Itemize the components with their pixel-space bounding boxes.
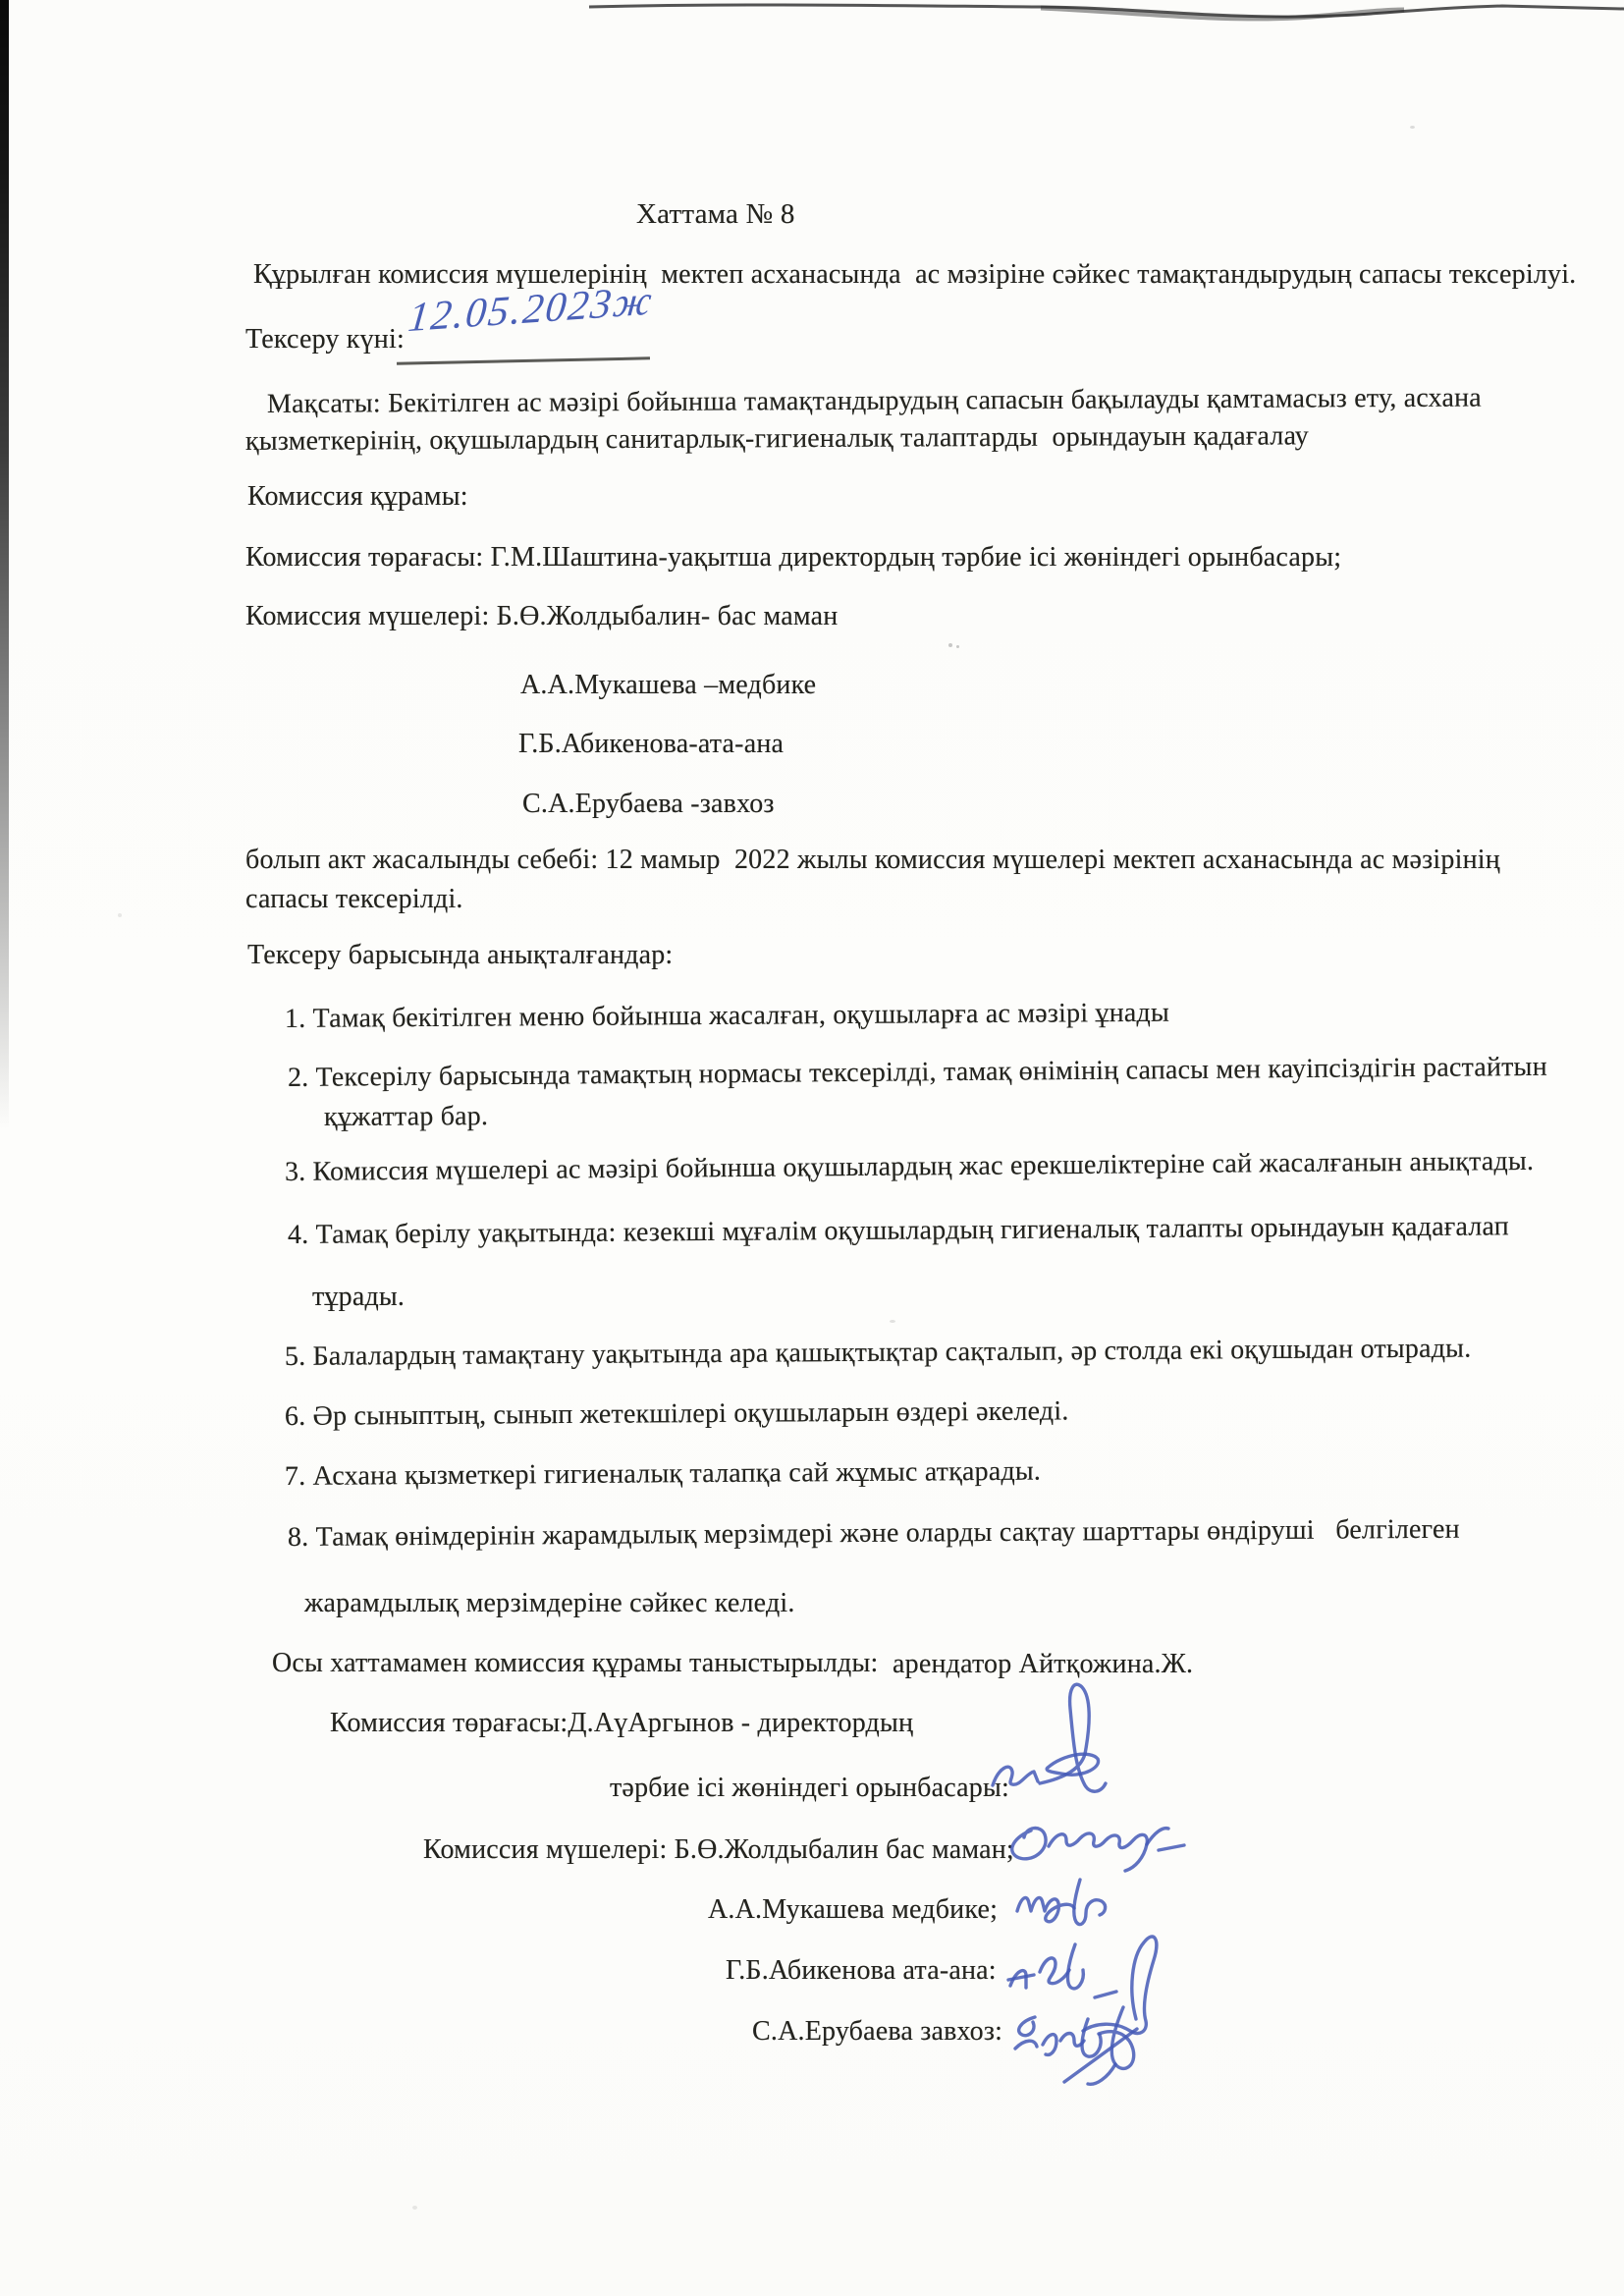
finding-5: 5. Балалардың тамақтану уақытында ара қа… [285,1334,1472,1373]
commission-heading: Комиссия құрамы: [247,481,468,513]
document-title: Хаттама № 8 [636,198,795,231]
scan-edge-top [0,0,1624,33]
purpose-line-1: Мақсаты: Бекітілген ас мәзірі бойынша та… [267,383,1482,420]
signature-stroke [1019,2017,1035,2036]
signature-stroke [1008,1975,1034,1980]
signing-member-zholdybalin: Комиссия мүшелері: Б.Ө.Жолдыбалин бас ма… [423,1834,1014,1866]
signature-stroke [1040,1958,1069,1984]
act-reason-line-1: болып акт жасалынды себебі: 12 мамыр 202… [245,845,1500,876]
signature-stroke [1082,2019,1101,2056]
signing-chairman-line-2: тәрбие ісі жөніндегі орынбасары: [610,1773,1009,1804]
signature-stroke [1068,1944,1084,1989]
scan-edge-left [0,0,9,1129]
scanned-document-page: Хаттама № 8Құрылған комиссия мүшелерінің… [0,0,1624,2296]
finding-2-line-1: 2. Тексерілу барысында тамақтың нормасы … [288,1052,1547,1094]
scan-speck [1410,126,1415,129]
finding-8-line-1: 8. Тамақ өнімдерінін жарамдылық мерзімде… [288,1514,1460,1554]
act-reason-line-2: сапасы тексерілді. [245,884,463,915]
finding-4-line-1: 4. Тамақ берілу уақытында: кезекші мұғал… [288,1211,1509,1251]
signature-stroke [1012,1829,1046,1859]
members-line: Комиссия мүшелері: Б.Ө.Жолдыбалин- бас м… [245,601,838,632]
signing-member-mukasheva: А.А.Мукашева медбике; [708,1894,998,1926]
signing-chairman-line-1: Комиссия төрағасы:Д.АүАргынов - директор… [330,1708,913,1739]
chairman-line: Комиссия төрағасы: Г.М.Шаштина-уақытша д… [245,542,1341,574]
findings-heading: Тексеру барысында анықталғандар: [247,940,673,971]
finding-7: 7. Асхана қызметкері гигиеналық талапқа … [285,1456,1041,1493]
scan-speck [412,2206,417,2210]
scan-speck [948,643,952,647]
signature-erubaeva [1001,1988,1168,2101]
scan-speck [118,913,122,917]
signature-stroke [1147,1829,1168,1844]
acknowledgement-line: Осы хаттамамен комиссия құрамы таныстыры… [272,1648,878,1679]
finding-1: 1. Тамақ бекітілген меню бойынша жасалға… [285,998,1169,1035]
scan-speck [956,645,959,648]
signature-stroke [1015,2041,1037,2049]
member-abikenova: Г.Б.Абикенова-ата-ана [518,729,784,760]
scan-speck [890,1320,895,1323]
finding-8-line-2: жарамдылық мерзімдеріне сәйкес келеді. [304,1588,795,1619]
signature-stroke [1088,2064,1115,2084]
member-erubaeva: С.А.Ерубаева -завхоз [522,789,775,820]
signature-zholdybalin [994,1789,1200,1873]
signature-stroke [1099,2007,1134,2068]
scan-scratch [1041,8,1404,19]
member-mukasheva: А.А.Мукашева –медбике [520,670,816,701]
signing-member-erubaeva: С.А.Ерубаева завхоз: [752,2016,1002,2048]
signing-member-abikenova: Г.Б.Абикенова ата-ана: [726,1955,997,1987]
signature-stroke [1159,1845,1184,1850]
signature-stroke [1043,2035,1056,2055]
inspection-date-label: Тексеру күні: [245,324,405,355]
finding-2-line-2: құжаттар бар. [324,1101,488,1133]
signature-stroke [993,1767,1038,1785]
finding-3: 3. Комиссия мүшелері ас мәзірі бойынша о… [285,1146,1534,1188]
purpose-line-2: қызметкерінің, оқушылардың санитарлық-ги… [245,420,1309,458]
finding-6: 6. Әр сыныптың, сынып жетекшілері оқушыл… [285,1395,1069,1433]
finding-4-line-2: тұрады. [312,1282,405,1313]
intro-paragraph: Құрылған комиссия мүшелерінің мектеп асх… [253,259,1576,291]
date-underline [397,356,650,364]
